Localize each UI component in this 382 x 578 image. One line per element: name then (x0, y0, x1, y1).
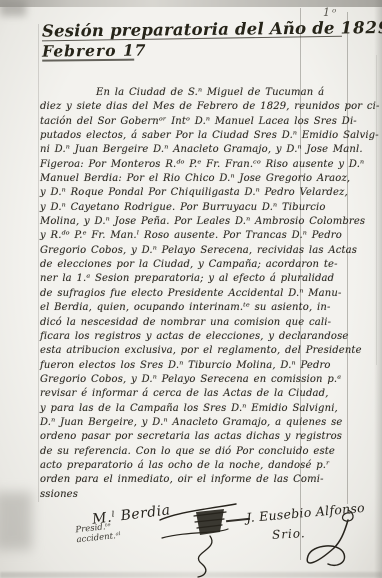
manuscript-body: En la Ciudad de S.ⁿ Miguel de Tucuman á … (40, 86, 352, 502)
body-line: fueron electos los Sres D.ⁿ Tiburcio Mol… (40, 359, 352, 373)
body-line: En la Ciudad de S.ⁿ Miguel de Tucuman á (40, 86, 352, 100)
body-line: acto preparatorio á las ocho de la noche… (40, 459, 352, 473)
scan-bottom-left-smudge (0, 492, 32, 550)
body-line: de su referencia. Con lo que se dió Por … (40, 445, 352, 459)
session-title-year: 1829 (340, 18, 382, 38)
body-line: tación del Sor Gobernᵒʳ Intᵒ D.ⁿ Manuel … (40, 115, 352, 129)
left-margin-rule (38, 24, 39, 502)
body-line: ordeno pasar por secretaria las actas di… (40, 430, 352, 444)
manuscript-page: 1ᵒ Sesión preparatoria del Año de 1829 F… (0, 0, 382, 578)
body-line: Gregorio Cobos, y D.ⁿ Pelayo Serecena en… (40, 373, 352, 387)
president-rubric-flourish (158, 498, 248, 578)
body-line: Figeroa: Por Monteros R.ᵈᵒ P.ᵉ Fr. Fran.… (40, 158, 352, 172)
session-title: Sesión preparatoria del Año de 1829 Febr… (42, 18, 352, 61)
body-line: revisar é informar á cerca de las Actas … (40, 387, 352, 401)
folio-number: 1ᵒ (323, 6, 338, 19)
body-line: putados electos, á saber Por la Ciudad S… (40, 129, 352, 143)
body-line: dicó la nescesidad de nombrar una comisi… (40, 316, 352, 330)
body-line: el Berdia, quien, ocupando interinam.ᵗᵉ … (40, 301, 352, 315)
body-line: y D.ⁿ Cayetano Rodrigue. Por Burruyacu D… (40, 201, 352, 215)
body-line: Molina, y D.ⁿ Jose Peña. Por Leales D.ⁿ … (40, 215, 352, 229)
body-line: de sufragios fue electo Presidente Accid… (40, 287, 352, 301)
body-line: diez y siete dias del Mes de Febrero de … (40, 100, 352, 114)
body-line: ner la 1.ᵃ Sesion preparatoria; y al efe… (40, 272, 352, 286)
body-line: y para las de la Campaña los Sres D.ⁿ Em… (40, 402, 352, 416)
body-line: D.ⁿ Juan Bergeire, y D.ⁿ Anacleto Gramaj… (40, 416, 352, 430)
body-line: orden para el inmediato, oir el informe … (40, 473, 352, 487)
body-line: de elecciones por la Ciudad, y Campaña; … (40, 258, 352, 272)
body-line: esta atribucion exclusiva, por el reglam… (40, 344, 352, 358)
body-line: ficara los registros y actas de eleccion… (40, 330, 352, 344)
body-line: ni D.ⁿ Juan Bergeire D.ⁿ Anacleto Gramaj… (40, 143, 352, 157)
signature-president-role: Presid.ᵗᵉ accident.ᵃˡ (75, 522, 121, 546)
body-line: Manuel Berdia: Por el Rio Chico D.ⁿ Jose… (40, 172, 352, 186)
body-line: y D.ⁿ Roque Pondal Por Chiquiligasta D.ⁿ… (40, 186, 352, 200)
body-line: Gregorio Cobos, y D.ⁿ Pelayo Serecena, r… (40, 244, 352, 258)
session-title-line2: Febrero 17 (42, 39, 352, 61)
scan-corner-smudge (0, 0, 26, 16)
secretary-rubric-flourish (296, 508, 376, 578)
body-line: y R.ᵈᵒ P.ᵉ Fr. Man.ˡ Roso ausente. Por T… (40, 229, 352, 243)
